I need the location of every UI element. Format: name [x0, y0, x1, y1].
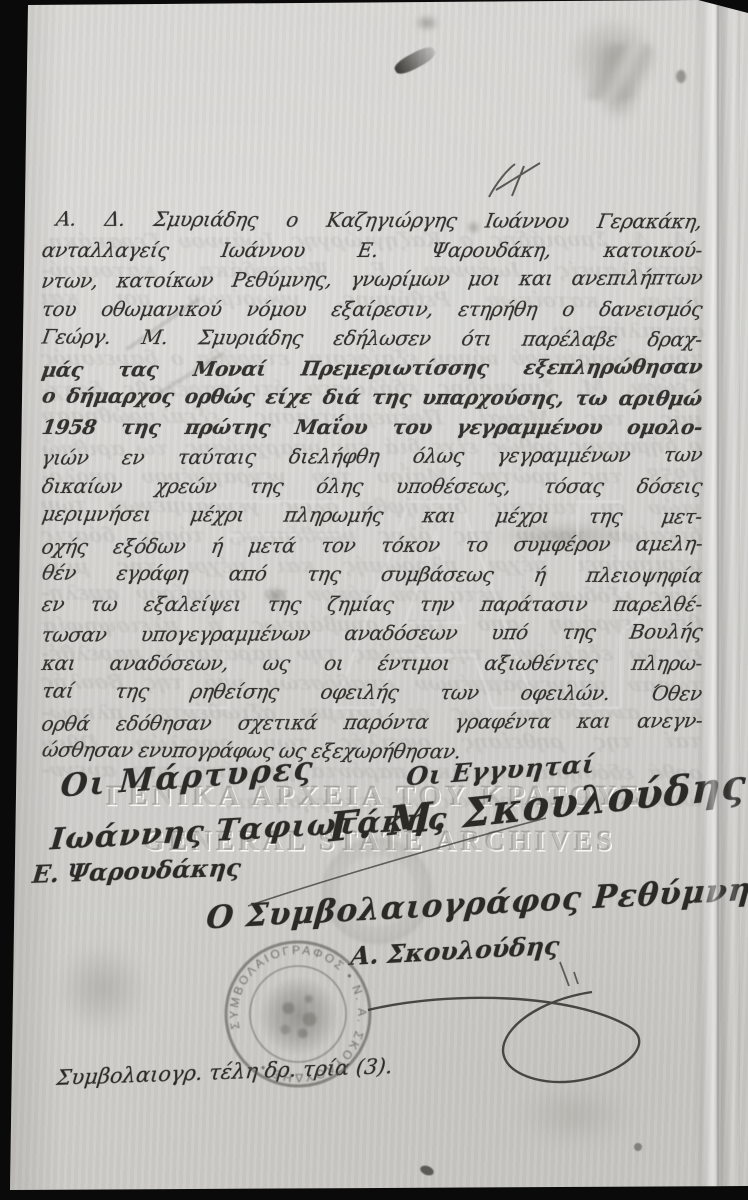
ink-tick	[419, 1164, 435, 1178]
notary-title-line: Ο Συμβολαιογράφος Ρεθύμνης	[205, 870, 748, 936]
handwritten-line: ταί της ρηθείσης οφειλής των οφειλών. Όθ…	[40, 726, 704, 758]
handwritten-line: μεριμνήσει μέχρι πληρωμής και μέχρι της …	[40, 549, 704, 581]
handwritten-line: Α. Δ. Σμυριάδης ο Καζηγιώργης Ιωάννου Γε…	[40, 225, 704, 257]
handwritten-line: και αναδόσεων, ως οι έντιμοι αξιωθέντες …	[40, 698, 705, 728]
handwritten-line: ανταλλαγείς Ιωάννου Ε. Ψαρουδάκη, κατοικ…	[40, 256, 705, 286]
handwritten-line: ντων, κατοίκων Ρεθύμνης, γνωρίμων μοι κα…	[37, 283, 707, 345]
handwritten-line: θέν εγράφη από της συμβάσεως ή πλειοψηφί…	[40, 608, 704, 640]
handwritten-line: ο δήμαρχος ορθώς είχε διά της υπαρχούσης…	[40, 431, 704, 463]
handwritten-line: τωσαν υπογεγραμμένων αναδόσεων υπό της Β…	[39, 667, 704, 700]
handwritten-line: ώσθησαν ενυπογράφως ως εξεχωρήθησαν.	[40, 785, 704, 817]
handwritten-line: 1958 της πρώτης Μαΐου του γεγραμμένου ομ…	[40, 462, 705, 492]
binding-crease-line	[717, 0, 719, 1200]
ink-tick-2	[634, 1143, 642, 1151]
ink-smudge	[392, 44, 438, 78]
handwritten-line: του οθωμανικού νόμου εξαίρεσιν, ετηρήθη …	[40, 344, 705, 374]
handwritten-line: εν τω εξαλείψει της ζημίας την παράτασιν…	[40, 639, 705, 669]
handwritten-line: δικαίων χρεών της όλης υποθέσεως, τόσας …	[40, 521, 705, 551]
stamp-emblem	[250, 967, 347, 1064]
handwritten-line: μάς τας Μοναί Πρεμεριωτίσσης εξεπληρώθησ…	[39, 401, 704, 434]
paraph-mark	[489, 163, 540, 197]
handwritten-line: Γεώργ. Μ. Σμυριάδης εδήλωσεν ότι παρέλαβ…	[40, 372, 704, 404]
witness-signature-2: Ε. Ψαρουδάκης	[31, 853, 242, 889]
stain-bottom	[518, 1084, 630, 1146]
ink-dot	[676, 70, 686, 83]
handwritten-line: ορθά εδόθησαν σχετικά παρόντα γραφέντα κ…	[39, 755, 704, 788]
notary-flourish	[368, 992, 639, 1082]
embossed-archive-mark	[583, 44, 653, 100]
notary-flourish-ticks	[560, 962, 578, 986]
stain-bottom-left	[56, 944, 148, 1032]
dust-mark	[414, 14, 440, 32]
bleedthrough-ghost: Α. Δ. Σμυριάδης ο Καζηγιώργης Ιωάννου Γε…	[42, 226, 702, 816]
handwritten-line: γιών εν ταύταις διελήφθη όλως γεγραμμένω…	[39, 490, 704, 523]
scanned-document: { "archive_watermark": { "greek": "ΓΕΝΙΚ…	[0, 0, 748, 1200]
paper-sheet: ΓΑΚ Α. Δ. Σμυριάδης ο Καζηγιώργης Ιωάννο…	[0, 0, 748, 1200]
handwritten-line: οχής εξόδων ή μετά τον τόκον το συμφέρον…	[39, 578, 704, 611]
